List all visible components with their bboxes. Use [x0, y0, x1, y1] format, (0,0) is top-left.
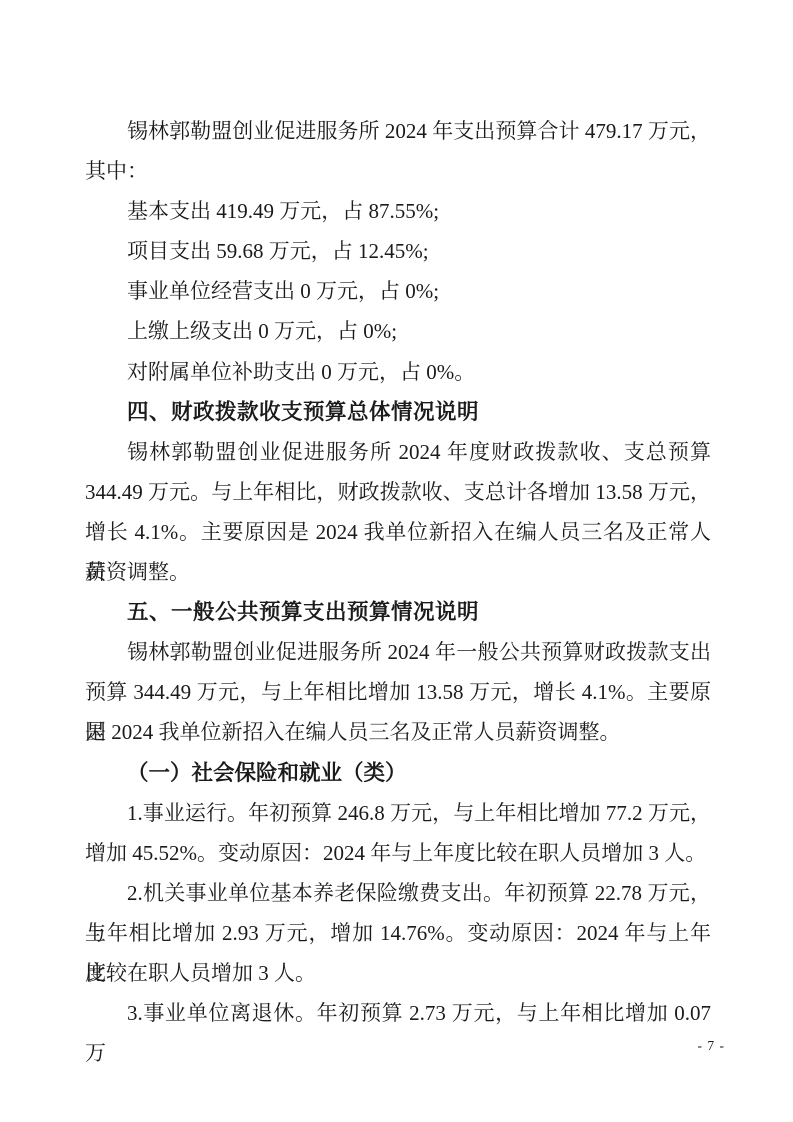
item-project-expenditure-line: 项目支出 59.68 万元，占 12.45%; [85, 231, 711, 271]
para-item-2-pension-line: 上年相比增加 2.93 万元，增加 14.76%。变动原因：2024 年与上年度 [85, 913, 711, 953]
item-upper-level-expenditure-line: 上缴上级支出 0 万元，占 0%; [85, 311, 711, 351]
document-body: 锡林郭勒盟创业促进服务所 2024 年支出预算合计 479.17 万元，其中：基… [85, 111, 711, 1033]
para-item-3-retirement-line: 3.事业单位离退休。年初预算 2.73 万元，与上年相比增加 0.07 万 [85, 993, 711, 1033]
para-item-2-pension-line: 2.机关事业单位基本养老保险缴费支出。年初预算 22.78 万元，与 [85, 873, 711, 913]
para-general-public-budget-line: 预算 344.49 万元，与上年相比增加 13.58 万元，增长 4.1%。主要… [85, 672, 711, 712]
item-basic-expenditure-line: 基本支出 419.49 万元，占 87.55%; [85, 191, 711, 231]
para-item-1-operation-line: 增加 45.52%。变动原因：2024 年与上年度比较在职人员增加 3 人。 [85, 833, 711, 873]
para-expenditure-total-line: 其中： [85, 151, 711, 191]
para-item-2-pension-line: 比较在职人员增加 3 人。 [85, 953, 711, 993]
para-fiscal-appropriation-line: 344.49 万元。与上年相比，财政拨款收、支总计各增加 13.58 万元， [85, 472, 711, 512]
page-number: - 7 - [698, 1038, 726, 1054]
para-general-public-budget-line: 锡林郭勒盟创业促进服务所 2024 年一般公共预算财政拨款支出 [85, 632, 711, 672]
heading-social-insurance-line: （一）社会保险和就业（类） [85, 753, 711, 793]
para-fiscal-appropriation-line: 增长 4.1%。主要原因是 2024 我单位新招入在编人员三名及正常人员 [85, 512, 711, 552]
para-item-1-operation-line: 1.事业运行。年初预算 246.8 万元，与上年相比增加 77.2 万元， [85, 793, 711, 833]
para-fiscal-appropriation-line: 锡林郭勒盟创业促进服务所 2024 年度财政拨款收、支总预算 [85, 432, 711, 472]
para-expenditure-total-line: 锡林郭勒盟创业促进服务所 2024 年支出预算合计 479.17 万元， [85, 111, 711, 151]
document-page: 锡林郭勒盟创业促进服务所 2024 年支出预算合计 479.17 万元，其中：基… [0, 0, 793, 1122]
item-operating-expenditure-line: 事业单位经营支出 0 万元，占 0%; [85, 271, 711, 311]
para-general-public-budget-line: 是 2024 我单位新招入在编人员三名及正常人员薪资调整。 [85, 712, 711, 752]
para-fiscal-appropriation-line: 薪资调整。 [85, 552, 711, 592]
heading-section-4-line: 四、财政拨款收支预算总体情况说明 [85, 392, 711, 432]
heading-section-5-line: 五、一般公共预算支出预算情况说明 [85, 592, 711, 632]
item-subsidy-expenditure-line: 对附属单位补助支出 0 万元，占 0%。 [85, 352, 711, 392]
